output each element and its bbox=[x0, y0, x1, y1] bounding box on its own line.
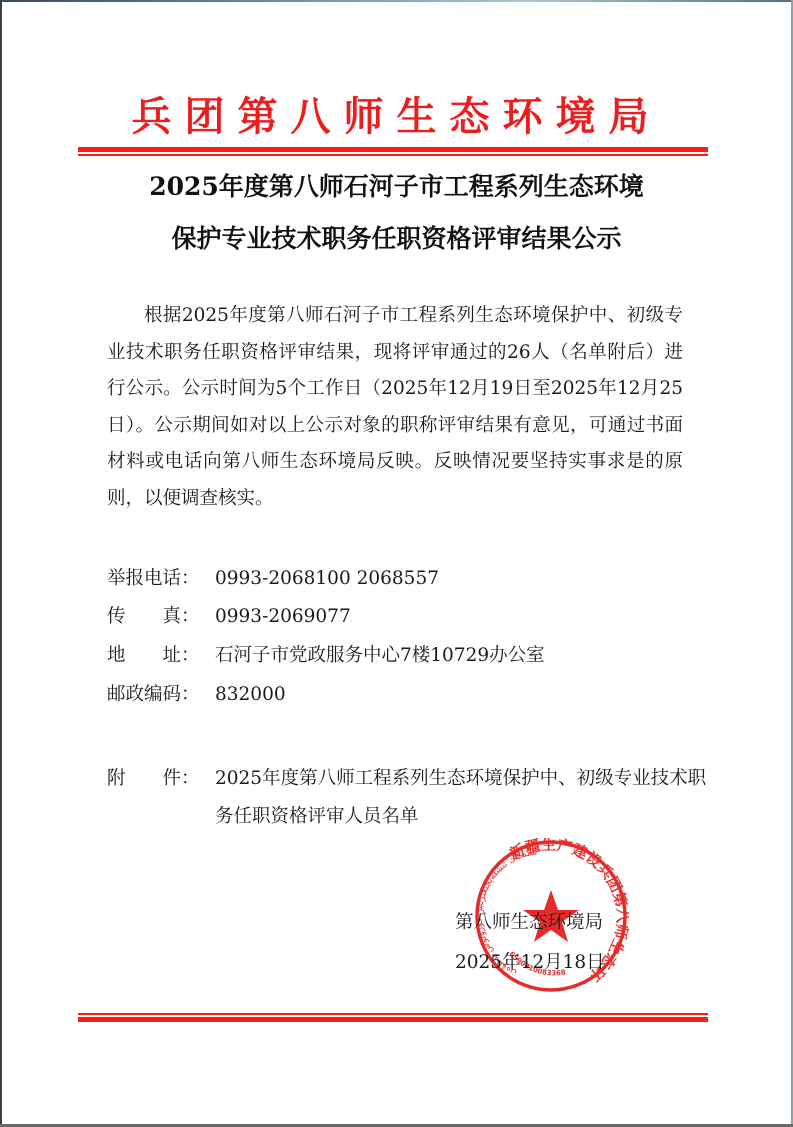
letterhead-red-rule bbox=[78, 147, 708, 156]
contact-address: 地 址：石河子市党政服务中心7楼10729办公室 bbox=[107, 643, 545, 669]
attachment-label: 附 件： bbox=[107, 760, 215, 798]
contact-phone: 举报电话：0993-2068100 2068557 bbox=[107, 566, 439, 592]
contact-fax-label: 传 真： bbox=[107, 604, 215, 630]
contact-postcode-label: 邮政编码： bbox=[107, 682, 215, 708]
contact-postcode-value: 832000 bbox=[215, 684, 286, 705]
attachment-text: 2025年度第八师工程系列生态环境保护中、初级专业技术职务任职资格评审人员名单 bbox=[215, 760, 715, 836]
contact-phone-label: 举报电话： bbox=[107, 566, 215, 592]
contact-fax-value: 0993-2069077 bbox=[215, 606, 351, 627]
contact-postcode: 邮政编码：832000 bbox=[107, 682, 286, 708]
signature-org: 第八师生态环境局 bbox=[455, 908, 603, 934]
document-title-line-1: 2025年度第八师石河子市工程系列生态环境 bbox=[0, 170, 793, 204]
letterhead-org-name: 兵团第八师生态环境局 bbox=[0, 92, 793, 142]
contact-fax: 传 真：0993-2069077 bbox=[107, 604, 351, 630]
signature-date: 2025年12月18日 bbox=[455, 948, 605, 974]
body-paragraph: 根据2025年度第八师石河子市工程系列生态环境保护中、初级专业技术职务任职资格评… bbox=[107, 298, 683, 517]
contact-address-label: 地 址： bbox=[107, 643, 215, 669]
scan-edge-top bbox=[0, 0, 793, 2]
contact-address-value: 石河子市党政服务中心7楼10729办公室 bbox=[215, 645, 545, 666]
document-title-line-2: 保护专业技术职务任职资格评审结果公示 bbox=[0, 222, 793, 256]
footer-red-rule bbox=[78, 1013, 708, 1022]
contact-phone-value: 0993-2068100 2068557 bbox=[215, 568, 439, 589]
